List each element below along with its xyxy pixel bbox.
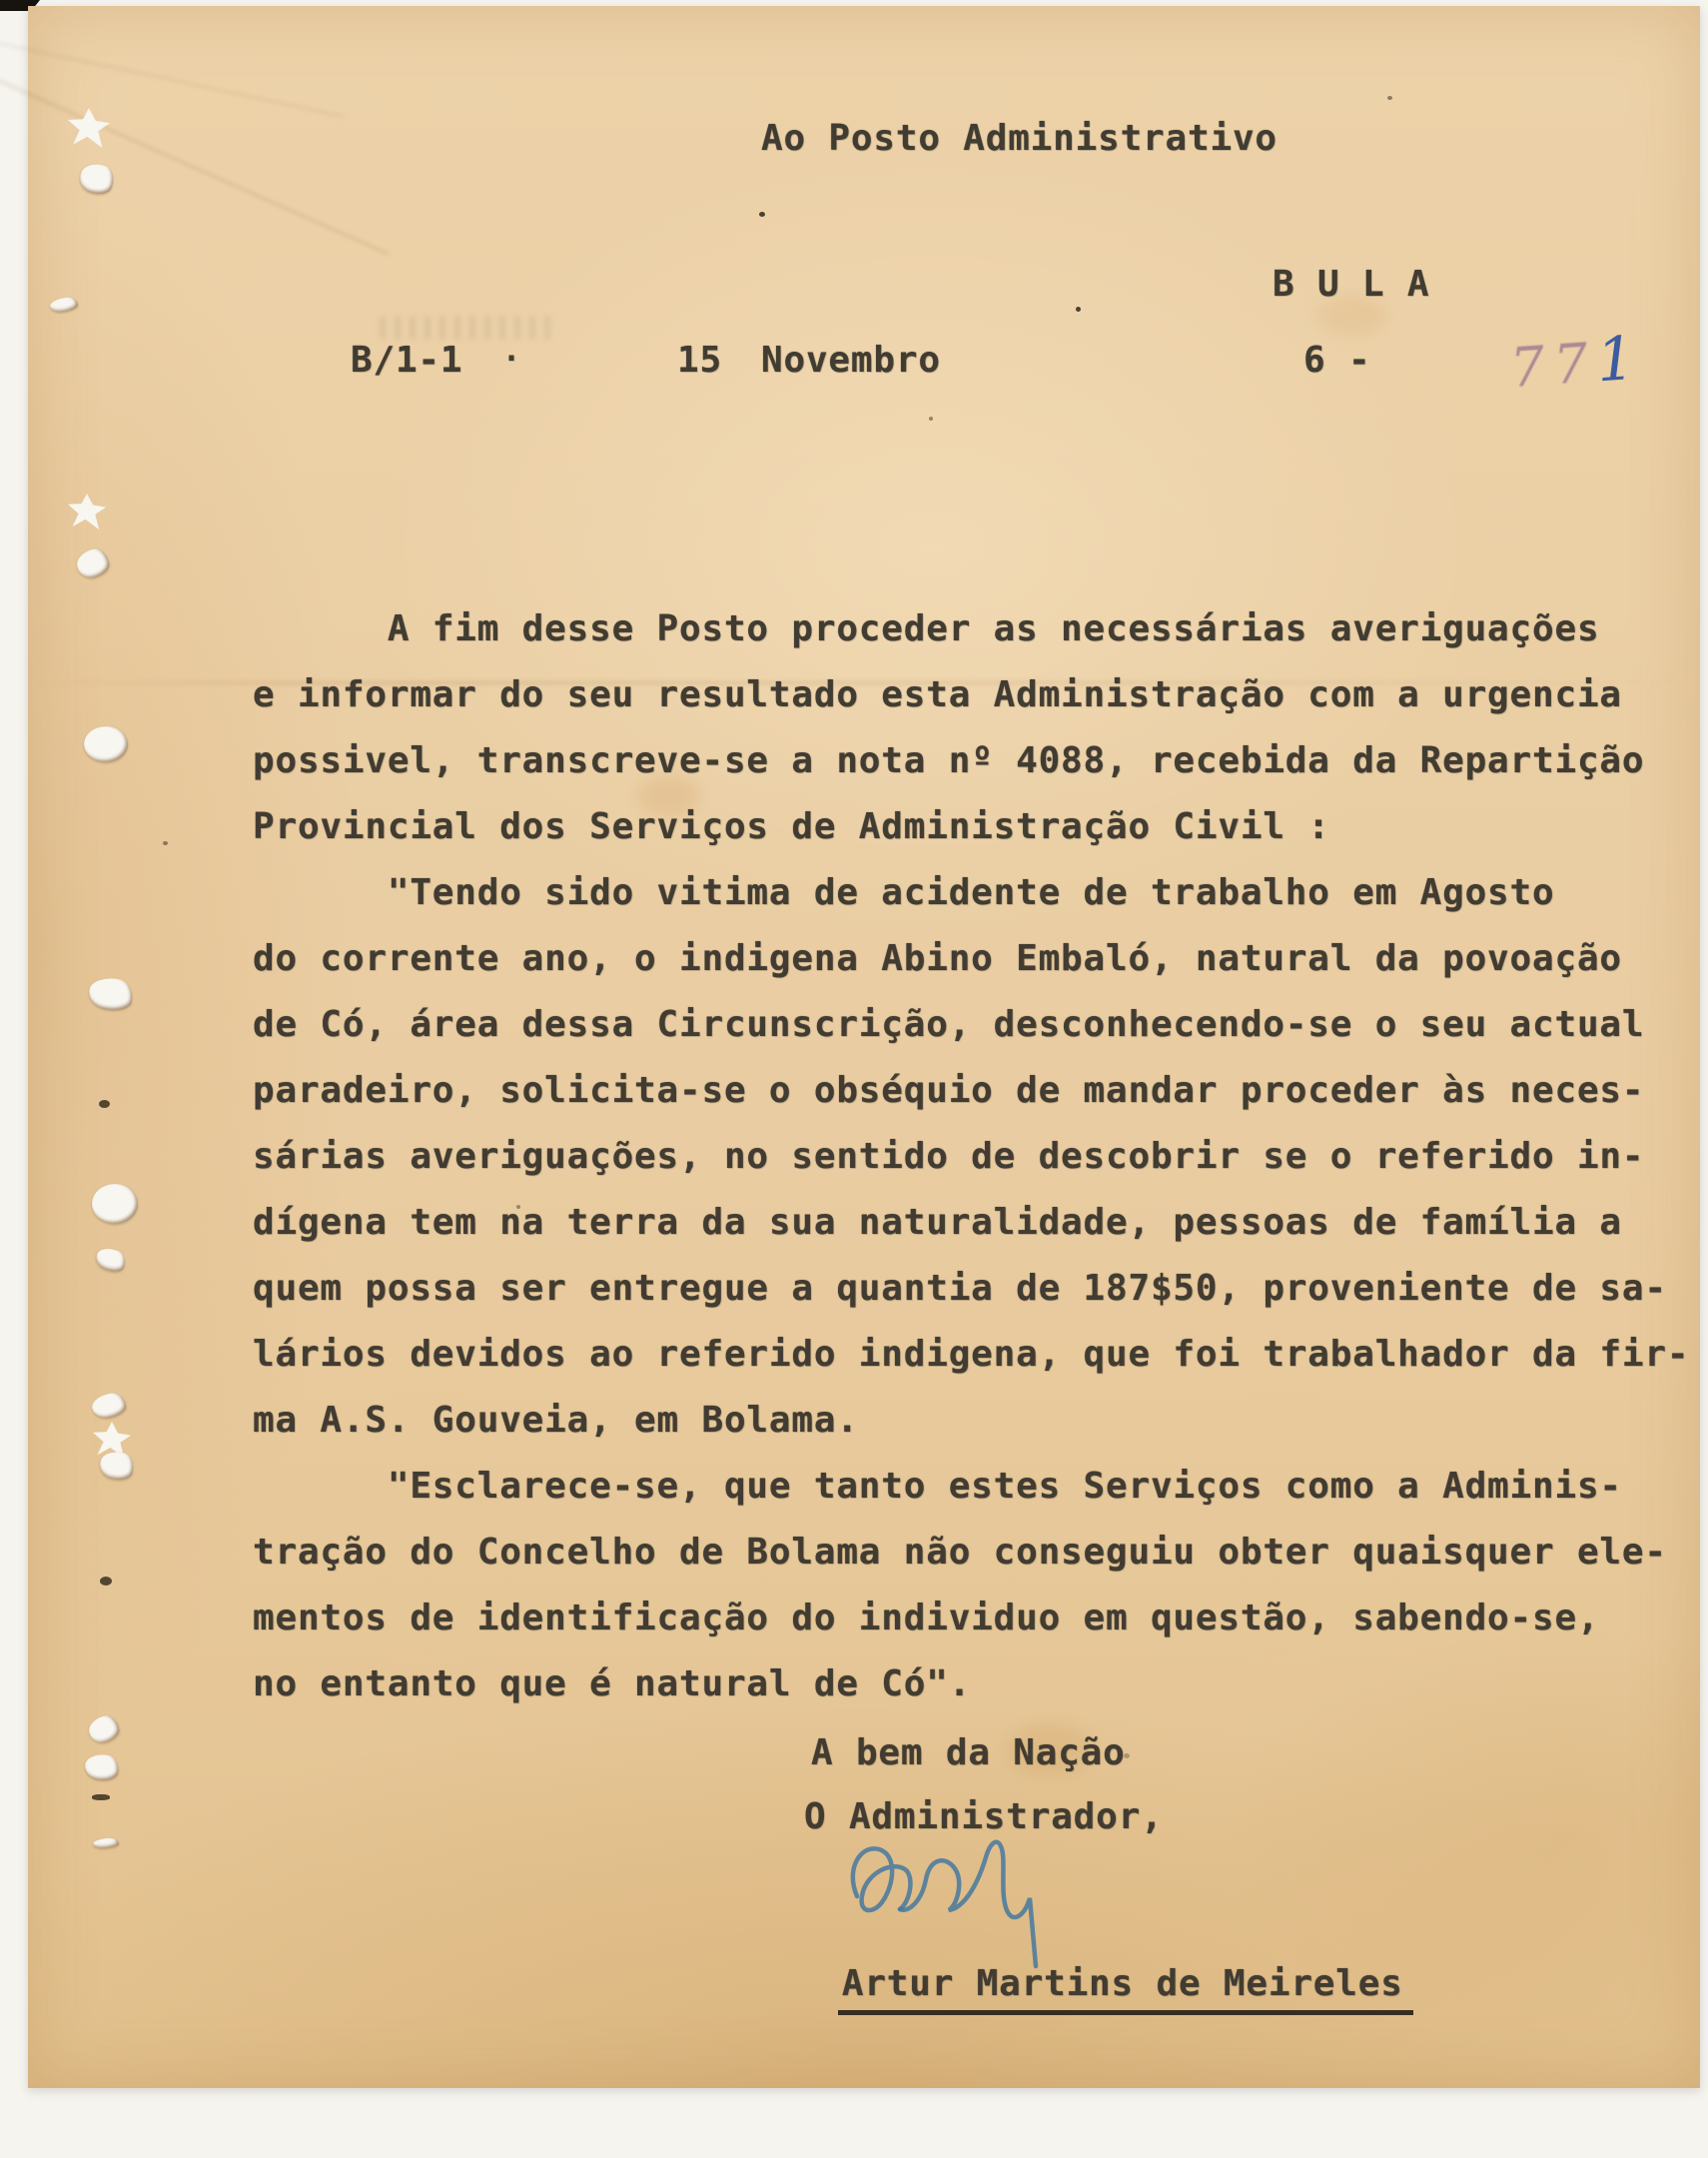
punch-hole bbox=[93, 1837, 120, 1849]
date-month: Novembro bbox=[761, 340, 941, 381]
paper-speck bbox=[1387, 96, 1392, 100]
date-year-fragment: 6 - bbox=[1303, 340, 1370, 381]
body-line: quem possa ser entregue a quantia de 187… bbox=[253, 1256, 1689, 1322]
handwritten-registry-number: 771 bbox=[1508, 324, 1639, 403]
body-line: "Esclarece-se, que tanto estes Serviços … bbox=[253, 1454, 1689, 1520]
body-line: possivel, transcreve-se a nota nº 4088, … bbox=[253, 728, 1689, 794]
paper-speck bbox=[759, 212, 765, 217]
punch-hole bbox=[84, 726, 128, 762]
body-line: e informar do seu resultado esta Adminis… bbox=[253, 662, 1689, 728]
scanned-document: Ao Posto Administrativo B U L A B/1-1 · … bbox=[0, 0, 1708, 2158]
paper-speck bbox=[1076, 307, 1081, 312]
body-line: "Tendo sido vitima de acidente de trabal… bbox=[253, 860, 1689, 926]
paper-speck bbox=[516, 1205, 520, 1209]
letter-paper: Ao Posto Administrativo B U L A B/1-1 · … bbox=[28, 6, 1700, 2088]
paper-crease bbox=[0, 79, 390, 256]
punch-hole bbox=[83, 1752, 120, 1782]
pin-hole bbox=[92, 1794, 110, 1800]
body-line: dígena tem na terra da sua naturalidade,… bbox=[253, 1190, 1689, 1256]
date-day: 15 bbox=[677, 340, 722, 381]
pin-hole bbox=[100, 1577, 112, 1586]
body-line: ma A.S. Gouveia, em Bolama. bbox=[253, 1388, 1689, 1454]
body-line: sárias averiguações, no sentido de desco… bbox=[253, 1124, 1689, 1190]
signer-name: Artur Martins de Meireles bbox=[703, 1922, 1413, 2056]
punch-hole bbox=[49, 296, 79, 314]
body-line: no entanto que é natural de Có". bbox=[253, 1651, 1689, 1717]
body-line: paradeiro, solicita-se o obséquio de man… bbox=[253, 1058, 1689, 1124]
punch-hole bbox=[87, 974, 136, 1013]
body-line: do corrente ano, o indigena Abino Embaló… bbox=[253, 926, 1689, 992]
body-line: mentos de identificação do individuo em … bbox=[253, 1586, 1689, 1651]
punch-hole bbox=[93, 1244, 129, 1276]
punch-hole bbox=[74, 546, 112, 581]
paper-speck bbox=[163, 841, 168, 845]
pin-hole bbox=[99, 1100, 110, 1108]
faint-stamp-smudge bbox=[380, 316, 559, 340]
separator-dot: · bbox=[502, 342, 521, 377]
letter-body: A fim desse Posto proceder as necessária… bbox=[253, 596, 1689, 1717]
location-line: B U L A bbox=[1273, 264, 1429, 305]
punch-hole bbox=[68, 494, 106, 530]
registry-number-faded-digits: 77 bbox=[1508, 331, 1599, 400]
punch-hole bbox=[86, 1712, 122, 1745]
reference-code: B/1-1 bbox=[351, 340, 462, 381]
body-line: de Có, área dessa Circunscrição, desconh… bbox=[253, 992, 1689, 1058]
signer-name-text: Artur Martins de Meireles bbox=[838, 1963, 1413, 2015]
body-line: A fim desse Posto proceder as necessária… bbox=[253, 596, 1689, 662]
body-line: tração do Concelho de Bolama não consegu… bbox=[253, 1520, 1689, 1586]
punch-hole bbox=[90, 1391, 128, 1421]
paper-speck bbox=[929, 417, 933, 421]
paper-speck bbox=[1124, 1753, 1130, 1758]
closing-motto: A bem da Nação bbox=[811, 1732, 1126, 1773]
body-line: lários devidos ao referido indigena, que… bbox=[253, 1322, 1689, 1388]
registry-number-inked-digit: 1 bbox=[1594, 324, 1639, 397]
punch-hole bbox=[97, 1448, 137, 1483]
punch-hole bbox=[76, 159, 118, 198]
recipient-line: Ao Posto Administrativo bbox=[761, 118, 1278, 159]
body-line: Provincial dos Serviços de Administração… bbox=[253, 794, 1689, 860]
punch-hole bbox=[92, 1184, 138, 1224]
